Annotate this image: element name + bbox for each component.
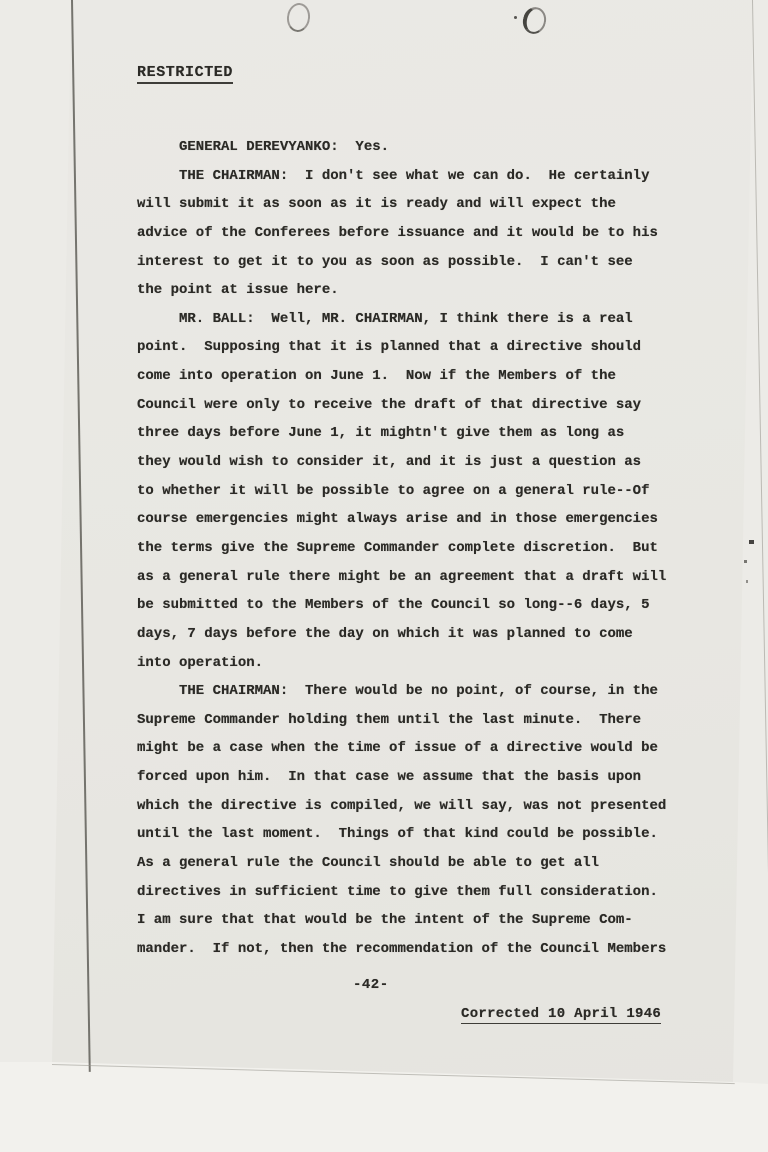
transcript-line: interest to get it to you as soon as pos… — [137, 248, 717, 277]
transcript-line: days, 7 days before the day on which it … — [137, 620, 717, 649]
transcript-line: course emergencies might always arise an… — [137, 505, 717, 534]
transcript-line: I am sure that that would be the intent … — [137, 906, 717, 935]
page-number: -42- — [353, 977, 389, 993]
transcript-line: three days before June 1, it mightn't gi… — [137, 419, 717, 448]
transcript-line: advice of the Conferees before issuance … — [137, 219, 717, 248]
transcript-line: until the last moment. Things of that ki… — [137, 820, 717, 849]
transcript-line: point. Supposing that it is planned that… — [137, 333, 717, 362]
transcript-line: they would wish to consider it, and it i… — [137, 448, 717, 477]
transcript-line: into operation. — [137, 649, 717, 678]
scanned-page: RESTRICTED GENERAL DEREVYANKO: Yes. THE … — [0, 0, 768, 1152]
transcript-body: GENERAL DEREVYANKO: Yes. THE CHAIRMAN: I… — [137, 133, 717, 964]
transcript-line: as a general rule there might be an agre… — [137, 563, 717, 592]
scan-speck — [744, 560, 747, 563]
correction-note: Corrected 10 April 1946 — [461, 1006, 661, 1024]
transcript-line: might be a case when the time of issue o… — [137, 734, 717, 763]
transcript-line: Council were only to receive the draft o… — [137, 391, 717, 420]
transcript-line: the point at issue here. — [137, 276, 717, 305]
transcript-line: MR. BALL: Well, MR. CHAIRMAN, I think th… — [137, 305, 717, 334]
scan-speck — [746, 580, 748, 583]
scan-speck — [749, 540, 754, 544]
transcript-line: be submitted to the Members of the Counc… — [137, 591, 717, 620]
transcript-line: As a general rule the Council should be … — [137, 849, 717, 878]
transcript-line: the terms give the Supreme Commander com… — [137, 534, 717, 563]
transcript-line: to whether it will be possible to agree … — [137, 477, 717, 506]
transcript-line: will submit it as soon as it is ready an… — [137, 190, 717, 219]
transcript-line: mander. If not, then the recommendation … — [137, 935, 717, 964]
classification-header: RESTRICTED — [137, 64, 233, 84]
transcript-line: which the directive is compiled, we will… — [137, 792, 717, 821]
transcript-line: GENERAL DEREVYANKO: Yes. — [137, 133, 717, 162]
transcript-line: directives in sufficient time to give th… — [137, 878, 717, 907]
transcript-line: forced upon him. In that case we assume … — [137, 763, 717, 792]
ink-speck — [514, 16, 517, 19]
transcript-line: come into operation on June 1. Now if th… — [137, 362, 717, 391]
paper-right-edge — [752, 0, 768, 1088]
transcript-line: Supreme Commander holding them until the… — [137, 706, 717, 735]
transcript-line: THE CHAIRMAN: I don't see what we can do… — [137, 162, 717, 191]
transcript-line: THE CHAIRMAN: There would be no point, o… — [137, 677, 717, 706]
